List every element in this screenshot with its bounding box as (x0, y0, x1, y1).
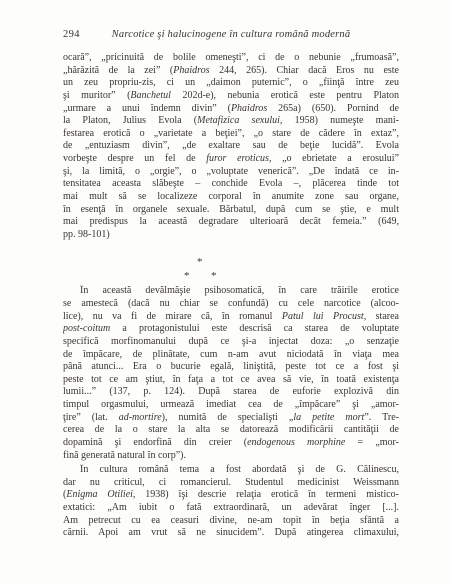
asterisk-separator: * * * (63, 255, 399, 282)
text-line: post-coitum a protagonistului este descr… (63, 323, 399, 336)
text-line: se amestecă (dacă nu chiar se confundă) … (63, 298, 399, 311)
text-line: timpul orgasmului, urmează imediat cea d… (63, 399, 399, 412)
running-title: Narcotice şi halucinogene în cultura rom… (63, 28, 399, 41)
italic-term: la petite mort (293, 412, 364, 423)
text-line: şi, la limită, o „orgie”, o „voluptate v… (63, 166, 399, 179)
text-line: În cultura română tema a fost abordată ş… (63, 464, 399, 477)
text-line: până atunci... Era o bucurie egală, lini… (63, 361, 399, 374)
italic-term: furor eroticus (206, 153, 269, 164)
text-line: „hărăzită de la zei” (Phaidros 244, 265)… (63, 65, 399, 78)
text-line: dopamină şi endorfină din creier (endoge… (63, 437, 399, 450)
text-line: Am petrecut cu ea ceasuri divine, ne-am … (63, 515, 399, 528)
text-line: vorbeşte despre un fel de furor eroticus… (63, 153, 399, 166)
italic-term: endogenous morphine (247, 437, 345, 448)
text-line: de „entuziasm divin”, „de exaltare sau d… (63, 140, 399, 153)
text-line: festarea erotică o „varietate a beţiei”,… (63, 128, 399, 141)
text-line: ţire” (lat. ad-mortire), numită de speci… (63, 412, 399, 425)
section-after-separator: În această devălmăşie psihosomatică, în … (63, 285, 399, 540)
italic-term: ad-mortire (119, 412, 162, 423)
text-line: specifică morfinomanului după ce şi-a in… (63, 336, 399, 349)
running-header: 294 Narcotice şi halucinogene în cultura… (63, 28, 399, 41)
paragraph: ocară”, „pricinuită de bolile omeneşti”,… (63, 52, 399, 241)
text-line: ocară”, „pricinuită de bolile omeneşti”,… (63, 52, 399, 65)
text-line: cerea de la o stare la alta se datorează… (63, 424, 399, 437)
text-line: mai predispus la această degradare ulter… (63, 216, 399, 229)
text-line: şi muritor” (Banchetul 202d-e), nebunia … (63, 90, 399, 103)
book-page: 294 Narcotice şi halucinogene în cultura… (0, 0, 452, 584)
text-line: la Platon, Julius Evola (Metafizica sexu… (63, 115, 399, 128)
text-block: ocară”, „pricinuită de bolile omeneşti”,… (63, 52, 399, 540)
text-line: mai mult să se localizeze corporal în an… (63, 191, 399, 204)
italic-term: Banchetul (130, 90, 171, 101)
asterisk-icon: * (211, 270, 217, 282)
text-line: în esenţă în organele sexuale. Bărbatul,… (63, 204, 399, 217)
text-line: tensitatea aceasta slăbeşte – conchide E… (63, 178, 399, 191)
italic-term: Metafizica sexului (197, 115, 280, 126)
italic-term: post-coitum (63, 323, 110, 334)
text-line: pp. 98-101) (63, 229, 399, 242)
italic-term: Phaidros (231, 103, 267, 114)
asterisk-icon: * (184, 270, 190, 282)
italic-term: Enigma Otiliei (66, 489, 133, 500)
text-line: „urmare a unui îndemn divin” (Phaidros 2… (63, 103, 399, 116)
text-line: dar nu criticul, ci romancierul. Student… (63, 477, 399, 490)
text-line: de împăcare, de plinătate, cum n-am avut… (63, 349, 399, 362)
text-line: un zeu propriu-zis, ci un „daimon putern… (63, 77, 399, 90)
asterisk-icon: * (197, 256, 203, 268)
text-line: fină generată natural în corp”). (63, 450, 399, 463)
italic-term: Phaidros (173, 65, 209, 76)
text-line: extatici: „Am iubit o fată extraordinară… (63, 502, 399, 515)
text-line: lice), nu va fi de mirare că, în romanul… (63, 311, 399, 324)
text-line: peste tot ce am ştiut, în faţa a tot ce … (63, 374, 399, 387)
text-line: În această devălmăşie psihosomatică, în … (63, 285, 399, 298)
italic-term: Patul lui Procust, (282, 311, 366, 322)
paragraph: În cultura română tema a fost abordată ş… (63, 464, 399, 540)
section-before-separator: ocară”, „pricinuită de bolile omeneşti”,… (63, 52, 399, 241)
text-line: cărnii. Apoi am vrut să ne sinucidem”. D… (63, 527, 399, 540)
text-line: lumii...” (137, p. 124). După starea de … (63, 386, 399, 399)
text-line: (Enigma Otiliei, 1938) îşi descrie relaţ… (63, 489, 399, 502)
paragraph: În această devălmăşie psihosomatică, în … (63, 285, 399, 462)
